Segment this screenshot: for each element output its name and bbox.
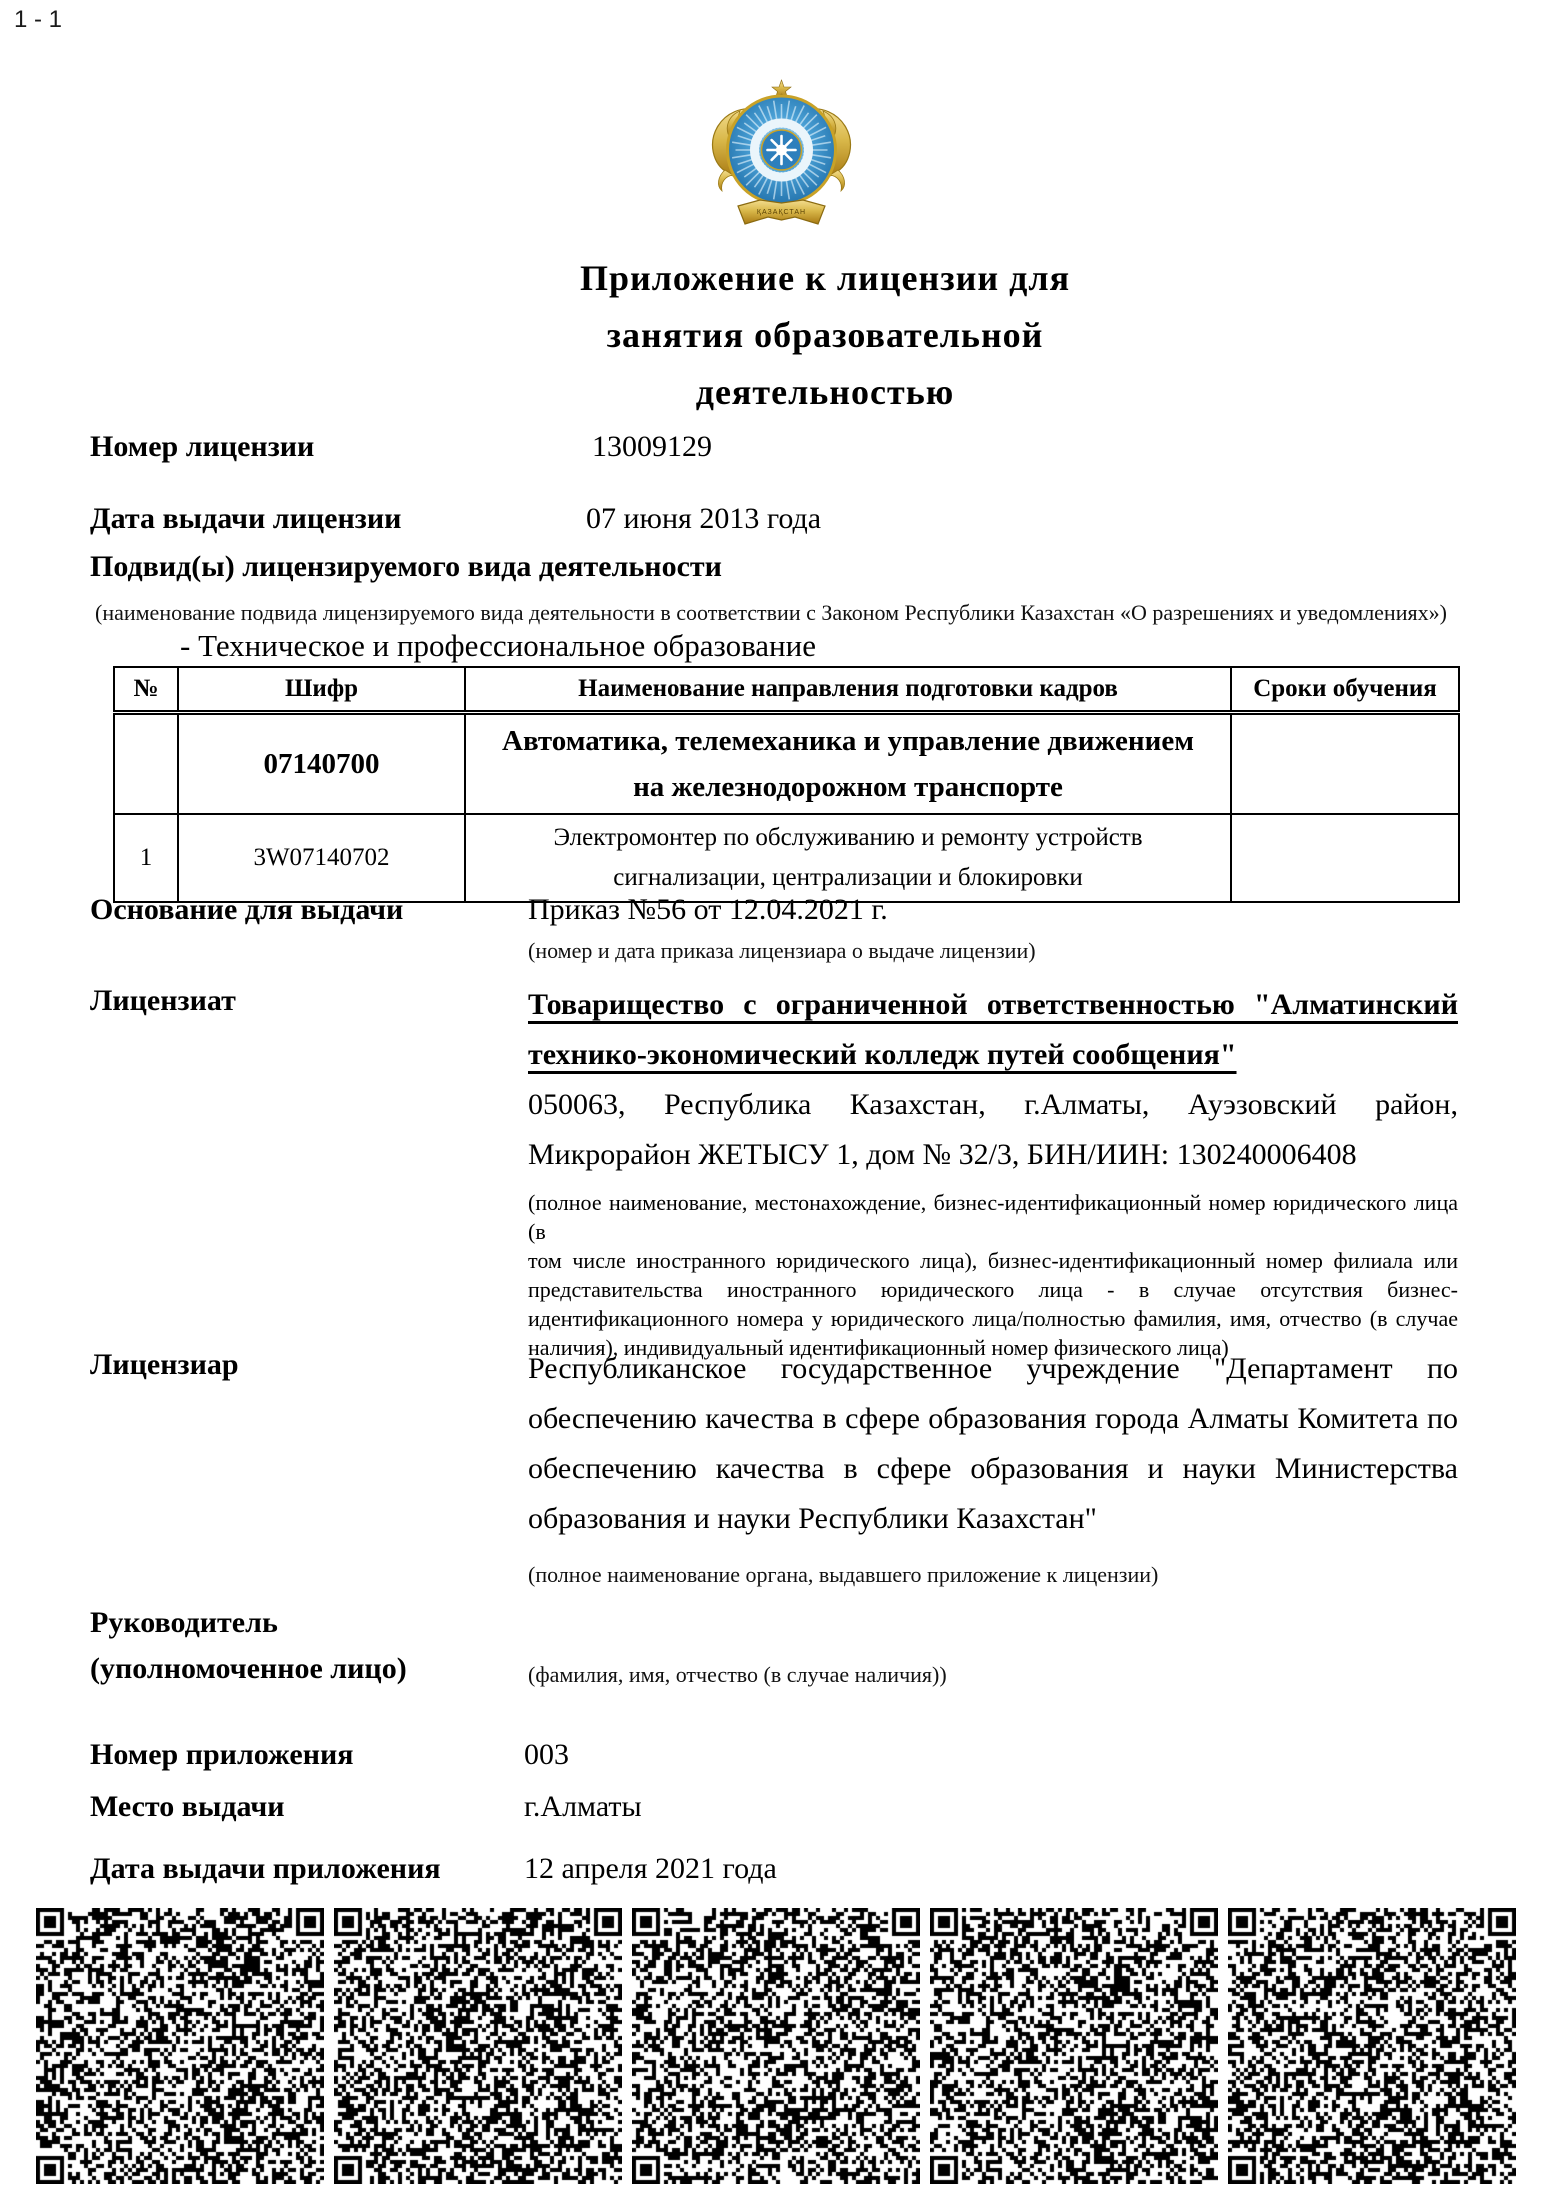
licensee-note-line: том числе иностранного юридического лица… xyxy=(528,1246,1458,1275)
svg-text:ҚАЗАҚСТАН: ҚАЗАҚСТАН xyxy=(757,209,806,216)
license-number-label: Номер лицензии xyxy=(90,430,314,464)
cell-name: Автоматика, телемеханика и управление дв… xyxy=(465,713,1231,815)
matrix-barcode xyxy=(930,1908,1218,2184)
issue-place-value: г.Алматы xyxy=(524,1790,642,1824)
licensee-address: 050063, Республика Казахстан, г.Алматы, … xyxy=(528,1080,1458,1180)
cell-code: 07140700 xyxy=(178,713,465,815)
licensee-address-line: 050063, Республика Казахстан, г.Алматы, … xyxy=(528,1080,1458,1130)
license-appendix-document: 1 - 1 xyxy=(0,0,1555,2200)
licensee-note-line: (полное наименование, местонахождение, б… xyxy=(528,1188,1458,1246)
basis-value: Приказ №56 от 12.04.2021 г. xyxy=(528,893,888,927)
licensee-note-line: идентификационного номера у юридического… xyxy=(528,1304,1458,1333)
title-line: Приложение к лицензии для xyxy=(420,250,1230,307)
license-issue-date-value: 07 июня 2013 года xyxy=(586,502,821,536)
licensor-value: Республиканское государственное учрежден… xyxy=(528,1344,1458,1544)
document-title: Приложение к лицензии для занятия образо… xyxy=(420,250,1230,421)
licensee-note-line: представительства иностранного юридическ… xyxy=(528,1275,1458,1304)
table-row: 1 3W07140702 Электромонтер по обслуживан… xyxy=(114,814,1459,902)
col-header-code: Шифр xyxy=(178,667,465,713)
cell-num xyxy=(114,713,178,815)
matrix-barcode xyxy=(632,1908,920,2184)
license-issue-date-label: Дата выдачи лицензии xyxy=(90,502,401,536)
matrix-barcode xyxy=(36,1908,324,2184)
appendix-number-label: Номер приложения xyxy=(90,1738,354,1772)
basis-note: (номер и дата приказа лицензиара о выдач… xyxy=(528,938,1036,964)
head-label-line2: (уполномоченное лицо) xyxy=(90,1652,407,1686)
subtype-note: (наименование подвида лицензируемого вид… xyxy=(95,600,1455,626)
basis-label: Основание для выдачи xyxy=(90,893,403,927)
subtype-heading: Подвид(ы) лицензируемого вида деятельнос… xyxy=(90,550,722,584)
appendix-issue-date-value: 12 апреля 2021 года xyxy=(524,1852,777,1886)
licensor-value-line: обеспечению качества в сфере образования… xyxy=(528,1394,1458,1444)
col-header-name: Наименование направления подготовки кадр… xyxy=(465,667,1231,713)
kazakhstan-coat-of-arms-icon: ҚАЗАҚСТАН xyxy=(700,78,863,233)
qualification-table: № Шифр Наименование направления подготов… xyxy=(113,666,1460,903)
issue-place-label: Место выдачи xyxy=(90,1790,285,1824)
licensee-note: (полное наименование, местонахождение, б… xyxy=(528,1188,1458,1362)
licensor-label: Лицензиар xyxy=(90,1348,239,1382)
cell-term xyxy=(1231,713,1459,815)
matrix-barcode xyxy=(334,1908,622,2184)
cell-num: 1 xyxy=(114,814,178,902)
licensor-note: (полное наименование органа, выдавшего п… xyxy=(528,1562,1158,1588)
cell-term xyxy=(1231,814,1459,902)
cell-name: Электромонтер по обслуживанию и ремонту … xyxy=(465,814,1231,902)
page-indicator: 1 - 1 xyxy=(14,6,62,34)
licensee-name-line: Товарищество с ограниченной ответственно… xyxy=(528,980,1458,1030)
table-row: 07140700 Автоматика, телемеханика и упра… xyxy=(114,713,1459,815)
licensee-address-line: Микрорайон ЖЕТЫСУ 1, дом № 32/3, БИН/ИИН… xyxy=(528,1130,1458,1180)
col-header-term: Сроки обучения xyxy=(1231,667,1459,713)
licensor-value-line: образования и науки Республики Казахстан… xyxy=(528,1494,1458,1544)
licensee-name-line: технико-экономический колледж путей сооб… xyxy=(528,1030,1458,1080)
col-header-num: № xyxy=(114,667,178,713)
title-line: деятельностью xyxy=(420,364,1230,421)
subtype-value: - Техническое и профессиональное образов… xyxy=(180,628,816,664)
appendix-issue-date-label: Дата выдачи приложения xyxy=(90,1852,441,1886)
barcode-strip xyxy=(36,1908,1526,2184)
head-label-line1: Руководитель xyxy=(90,1606,278,1640)
licensee-label: Лицензиат xyxy=(90,984,236,1018)
table-header-row: № Шифр Наименование направления подготов… xyxy=(114,667,1459,713)
appendix-number-value: 003 xyxy=(524,1738,569,1772)
license-number-value: 13009129 xyxy=(592,430,712,464)
matrix-barcode xyxy=(1228,1908,1516,2184)
licensor-value-line: обеспечению качества в сфере образования… xyxy=(528,1444,1458,1494)
cell-code: 3W07140702 xyxy=(178,814,465,902)
head-note: (фамилия, имя, отчество (в случае наличи… xyxy=(528,1662,947,1688)
licensor-value-line: Республиканское государственное учрежден… xyxy=(528,1344,1458,1394)
title-line: занятия образовательной xyxy=(420,307,1230,364)
licensee-name: Товарищество с ограниченной ответственно… xyxy=(528,980,1458,1080)
